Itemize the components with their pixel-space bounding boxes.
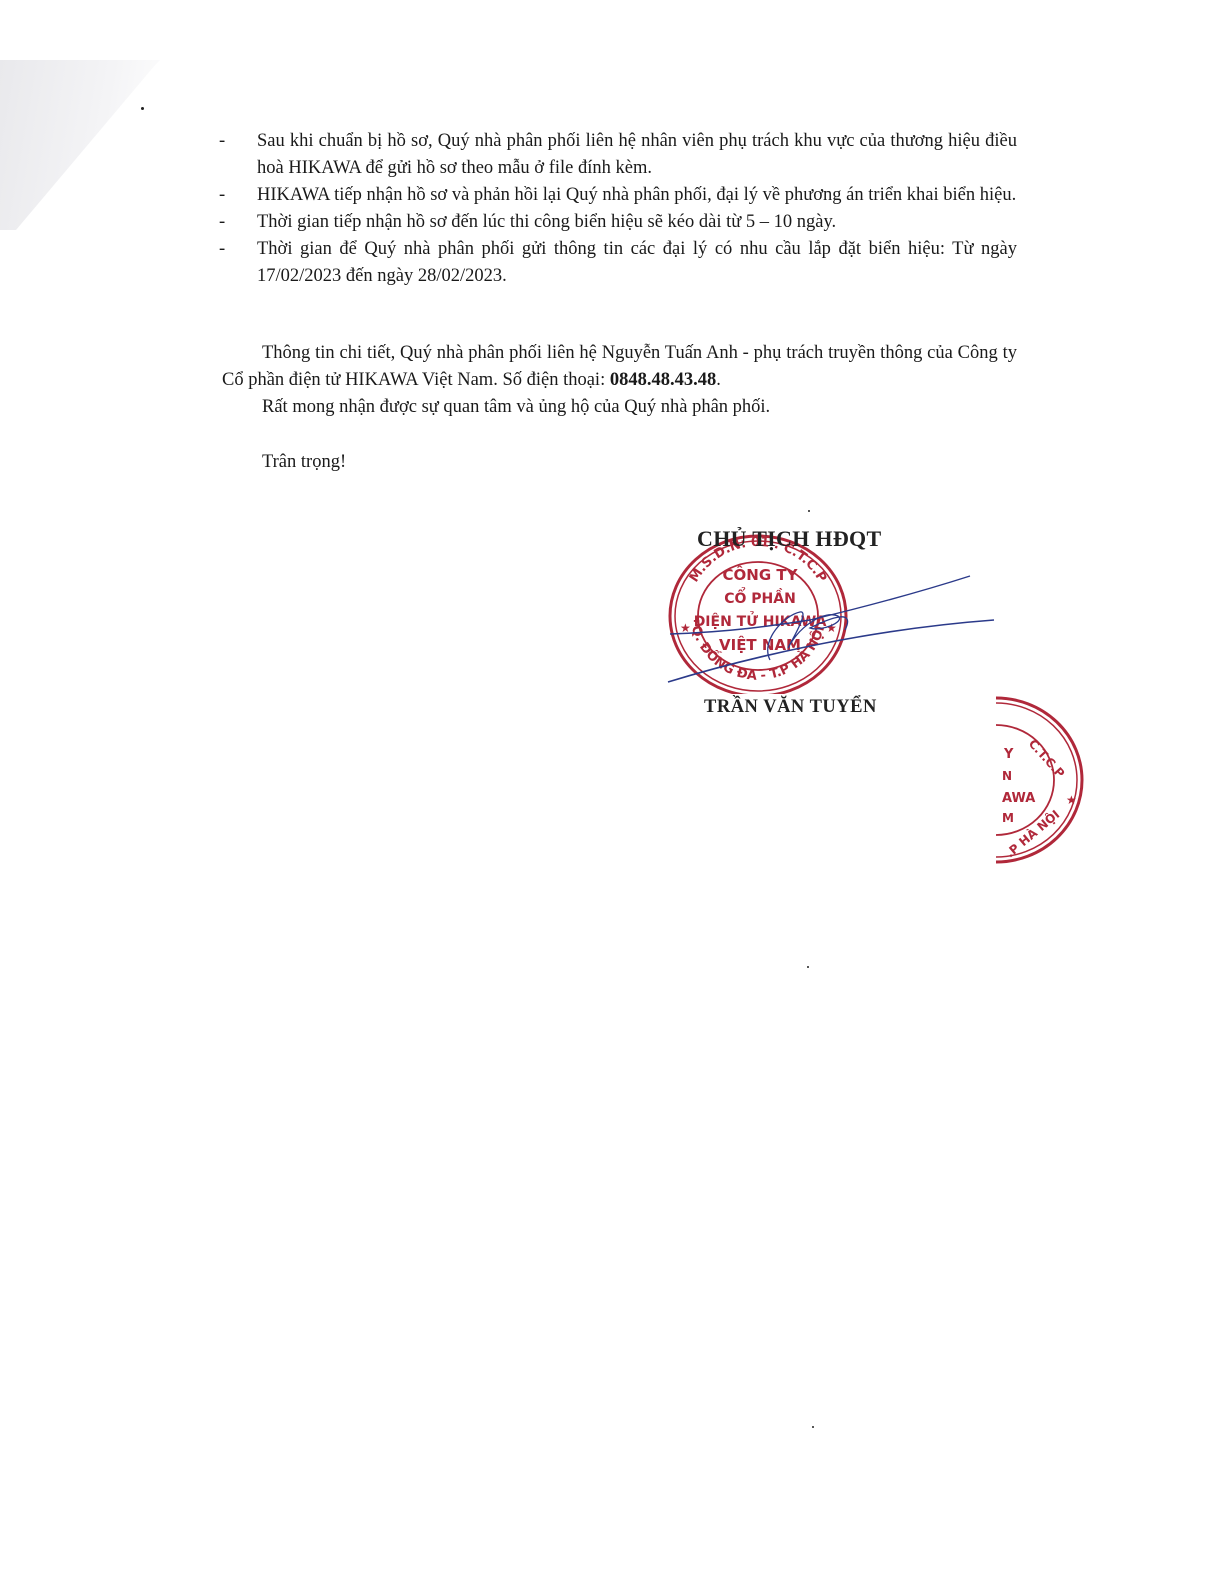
partial-fragment: N bbox=[1002, 769, 1012, 783]
bullet-text: HIKAWA tiếp nhận hồ sơ và phản hồi lại Q… bbox=[257, 182, 1017, 209]
partial-fragment: AWA bbox=[1002, 791, 1035, 806]
scan-speck bbox=[812, 1426, 814, 1428]
partial-fragment: M bbox=[1002, 811, 1014, 825]
scan-speck bbox=[141, 107, 144, 110]
bullet-marker: - bbox=[215, 182, 257, 209]
bullet-text: Sau khi chuẩn bị hồ sơ, Quý nhà phân phố… bbox=[257, 128, 1017, 182]
bullet-item: - Thời gian tiếp nhận hồ sơ đến lúc thi … bbox=[215, 209, 1017, 236]
scan-speck bbox=[808, 510, 810, 512]
bullet-text: Thời gian tiếp nhận hồ sơ đến lúc thi cô… bbox=[257, 209, 1017, 236]
closing-text: Trân trọng! bbox=[262, 449, 662, 476]
contact-paragraph: Thông tin chi tiết, Quý nhà phân phối li… bbox=[222, 340, 1017, 394]
page-fold-shadow bbox=[0, 60, 160, 230]
signatory-name: TRẦN VĂN TUYỂN bbox=[704, 697, 877, 718]
bullet-marker: - bbox=[215, 209, 257, 236]
scan-speck bbox=[807, 966, 809, 968]
partial-star: ★ bbox=[1066, 793, 1077, 807]
bullet-marker: - bbox=[215, 128, 257, 182]
bullet-text: Thời gian để Quý nhà phân phối gửi thông… bbox=[257, 236, 1017, 290]
bullet-marker: - bbox=[215, 236, 257, 290]
signature bbox=[660, 570, 1000, 695]
appreciation-text: Rất mong nhận được sự quan tâm và ủng hộ… bbox=[262, 394, 1022, 421]
procedure-bullet-list: - Sau khi chuẩn bị hồ sơ, Quý nhà phân p… bbox=[215, 128, 1017, 290]
partial-fragment: Y bbox=[1003, 747, 1014, 762]
phone-number: 0848.48.43.48 bbox=[610, 370, 716, 390]
sentence-end: . bbox=[716, 370, 721, 390]
signatory-title: CHỦ TỊCH HĐQT bbox=[697, 526, 881, 552]
partial-ring-text: C.T.C.P bbox=[1026, 737, 1068, 781]
bullet-item: - HIKAWA tiếp nhận hồ sơ và phản hồi lại… bbox=[215, 182, 1017, 209]
partial-company-stamp: C.T.C.P ★ .P HÀ NỘI Y N AWA M bbox=[996, 692, 1086, 872]
bullet-item: - Thời gian để Quý nhà phân phối gửi thô… bbox=[215, 236, 1017, 290]
bullet-item: - Sau khi chuẩn bị hồ sơ, Quý nhà phân p… bbox=[215, 128, 1017, 182]
